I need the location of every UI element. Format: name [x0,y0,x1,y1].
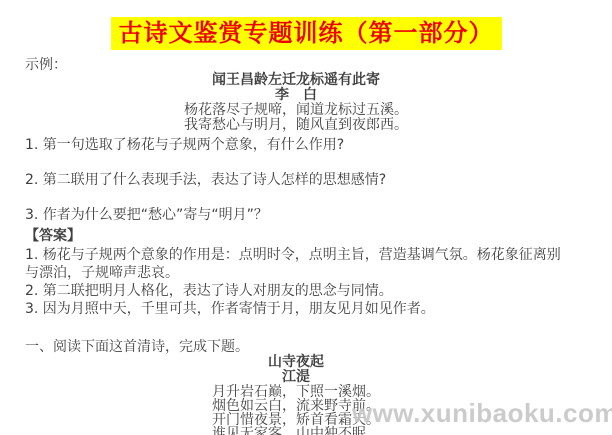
question-1: 1. 第一句选取了杨花与子规两个意象，有什么作用? [25,138,567,153]
poem1-author: 李 白 [25,88,567,103]
poem1-title: 闻王昌龄左迁龙标遥有此寄 [25,73,567,88]
site-watermark: www.xunibaoku.com [352,398,612,429]
poem2-line: 月升岩石巅，下照一溪烟。 [25,385,567,399]
document-page: { "colors": { "title_red": "#ee0000", "h… [0,0,612,435]
poem1-line: 我寄愁心与明月，随风直到夜郎西。 [25,118,567,133]
poem2-title: 山寺夜起 [25,355,567,370]
answer-2: 2. 第二联把明月人格化，表达了诗人对朋友的思念与同情。 [25,282,567,300]
document-body: 示例： 闻王昌龄左迁龙标遥有此寄 李 白 杨花落尽子规啼，闻道龙标过五溪。 我寄… [25,58,587,435]
answers-label: 【答案】 [25,229,567,244]
question-3: 3. 作者为什么要把“愁心”寄与“明月”？ [25,208,567,223]
poem1-line: 杨花落尽子规啼，闻道龙标过五溪。 [25,103,567,118]
answer-3: 3. 因为月照中天，千里可共，作者寄情于月，朋友见月如见作者。 [25,300,567,318]
page-title: 古诗文鉴赏专题训练（第一部分） [111,17,502,50]
poem2-author: 江湜 [25,370,567,385]
section-one-heading: 一、阅读下面这首清诗，完成下题。 [25,340,567,355]
answer-1: 1. 杨花与子规两个意象的作用是：点明时令，点明主旨，营造基调气氛。杨花象征离别… [25,246,567,282]
title-bar: 古诗文鉴赏专题训练（第一部分） [0,0,612,50]
question-2: 2. 第二联用了什么表现手法，表达了诗人怎样的思想感情? [25,173,567,188]
example-label: 示例： [25,58,567,73]
